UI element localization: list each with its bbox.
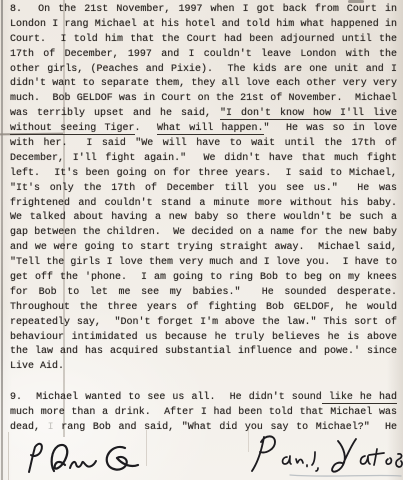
- text-line: much. Bob GELDOF was in Court on the 21s…: [10, 92, 397, 107]
- text-segment: "It's only the 17th of December till you…: [10, 183, 397, 194]
- text-line: London I rang Michael at his hotel and t…: [10, 18, 397, 33]
- text-segment: .: [135, 123, 158, 134]
- text-line: didn't want to separate them, they all l…: [10, 77, 397, 92]
- typewritten-text-body: 8. On the 21st November, 1997 when I got…: [10, 3, 397, 436]
- text-segment: dead,: [10, 422, 48, 433]
- text-line: behaviour intimidated us because he trul…: [10, 331, 397, 346]
- text-segment: didn't want to separate them, they all l…: [10, 78, 397, 89]
- text-line: without seeing Tiger. What will happen."…: [10, 122, 397, 137]
- text-line: 17th of December, 1997 and I couldn't le…: [10, 48, 397, 63]
- signature-name-drawing: [235, 428, 403, 480]
- text-line: 8. On the 21st November, 1997 when I got…: [10, 3, 397, 18]
- text-segment: left. It's been going on for three years…: [10, 168, 397, 179]
- fold-crease-line: [8, 432, 9, 480]
- text-segment: repeatedly say, "Don't forget I'm above …: [10, 317, 397, 328]
- text-line: December, I'll fight again." We didn't h…: [10, 152, 397, 167]
- text-segment: other girls, (Peaches and Pixie). The ki…: [10, 64, 397, 75]
- text-segment: was terribly upset and he said,: [10, 108, 220, 119]
- text-segment: London I rang Michael at his hotel and t…: [10, 19, 397, 30]
- text-line: with her. I said "We will have to wait u…: [10, 137, 397, 152]
- text-segment: behaviour intimidated us because he trul…: [10, 332, 397, 343]
- scanned-document-page: 8. On the 21st November, 1997 when I got…: [0, 0, 403, 480]
- text-line: much more than a drink. After I had been…: [10, 406, 397, 421]
- text-segment: for Bob to let me see my babies." He sou…: [10, 287, 397, 298]
- underlined-text: What will happen.: [157, 123, 264, 135]
- text-line: other girls, (Peaches and Pixie). The ki…: [10, 63, 397, 78]
- text-segment: Throughout the three years of fighting B…: [10, 302, 397, 313]
- paragraph: 8. On the 21st November, 1997 when I got…: [10, 3, 397, 375]
- underlined-text: "I don't know how I'll live: [220, 108, 397, 120]
- text-segment: the law and has acquired substantial inf…: [10, 346, 397, 357]
- text-segment: gap between the children. We decided on …: [10, 227, 397, 238]
- underlined-text: without seeing Tiger: [10, 123, 135, 135]
- text-line: "It's only the 17th of December till you…: [10, 182, 397, 197]
- text-line: the law and has acquired substantial inf…: [10, 345, 397, 360]
- text-segment: get off the 'phone. I am going to ring B…: [10, 272, 397, 283]
- text-segment: December, I'll fight again." We didn't h…: [10, 153, 397, 164]
- text-line: repeatedly say, "Don't forget I'm above …: [10, 316, 397, 331]
- text-line: left. It's been going on for three years…: [10, 167, 397, 182]
- text-line: for Bob to let me see my babies." He sou…: [10, 286, 397, 301]
- text-line: Throughout the three years of fighting B…: [10, 301, 397, 316]
- text-segment: 17th of December, 1997 and I couldn't le…: [10, 49, 397, 60]
- signature-paula-yates: [235, 428, 403, 480]
- paper-edge-line: [1, 0, 3, 480]
- text-line: gap between the children. We decided on …: [10, 226, 397, 241]
- text-segment: much more than a drink. After I had been…: [10, 407, 397, 418]
- text-line: frightened and couldn't stand a minute m…: [10, 197, 397, 212]
- text-segment: 8. On the 21st November, 1997 when I got…: [10, 4, 397, 15]
- text-segment: " He was so in love: [264, 123, 397, 134]
- text-segment: with her. I said "We will have to wait u…: [10, 138, 397, 149]
- text-segment: much. Bob GELDOF was in Court on the 21s…: [10, 93, 397, 104]
- text-segment: We talked about having a new baby so the…: [10, 212, 397, 223]
- text-line: was terribly upset and he said, "I don't…: [10, 107, 397, 122]
- text-line: 9. Michael wanted to see us all. He didn…: [10, 391, 397, 406]
- signature-left: [10, 438, 160, 480]
- text-line: Court. I told him that the Court had bee…: [10, 33, 397, 48]
- text-segment: Court. I told him that the Court had bee…: [10, 34, 397, 45]
- text-line: "Tell the girls I love them very much an…: [10, 256, 397, 271]
- underlined-text: like he had: [322, 392, 397, 404]
- text-segment: frightened and couldn't stand a minute m…: [10, 198, 397, 209]
- signature-initials-drawing: [10, 438, 160, 480]
- text-segment: 9. Michael wanted to see us all. He didn…: [10, 392, 322, 403]
- text-line: We talked about having a new baby so the…: [10, 211, 397, 226]
- text-segment: and we were going to start trying straig…: [10, 242, 397, 253]
- text-line: get off the 'phone. I am going to ring B…: [10, 271, 397, 286]
- text-segment: Live Aid.: [10, 361, 64, 372]
- text-segment: "Tell the girls I love them very much an…: [10, 257, 397, 268]
- text-line: Live Aid.: [10, 360, 397, 375]
- text-line: and we were going to start trying straig…: [10, 241, 397, 256]
